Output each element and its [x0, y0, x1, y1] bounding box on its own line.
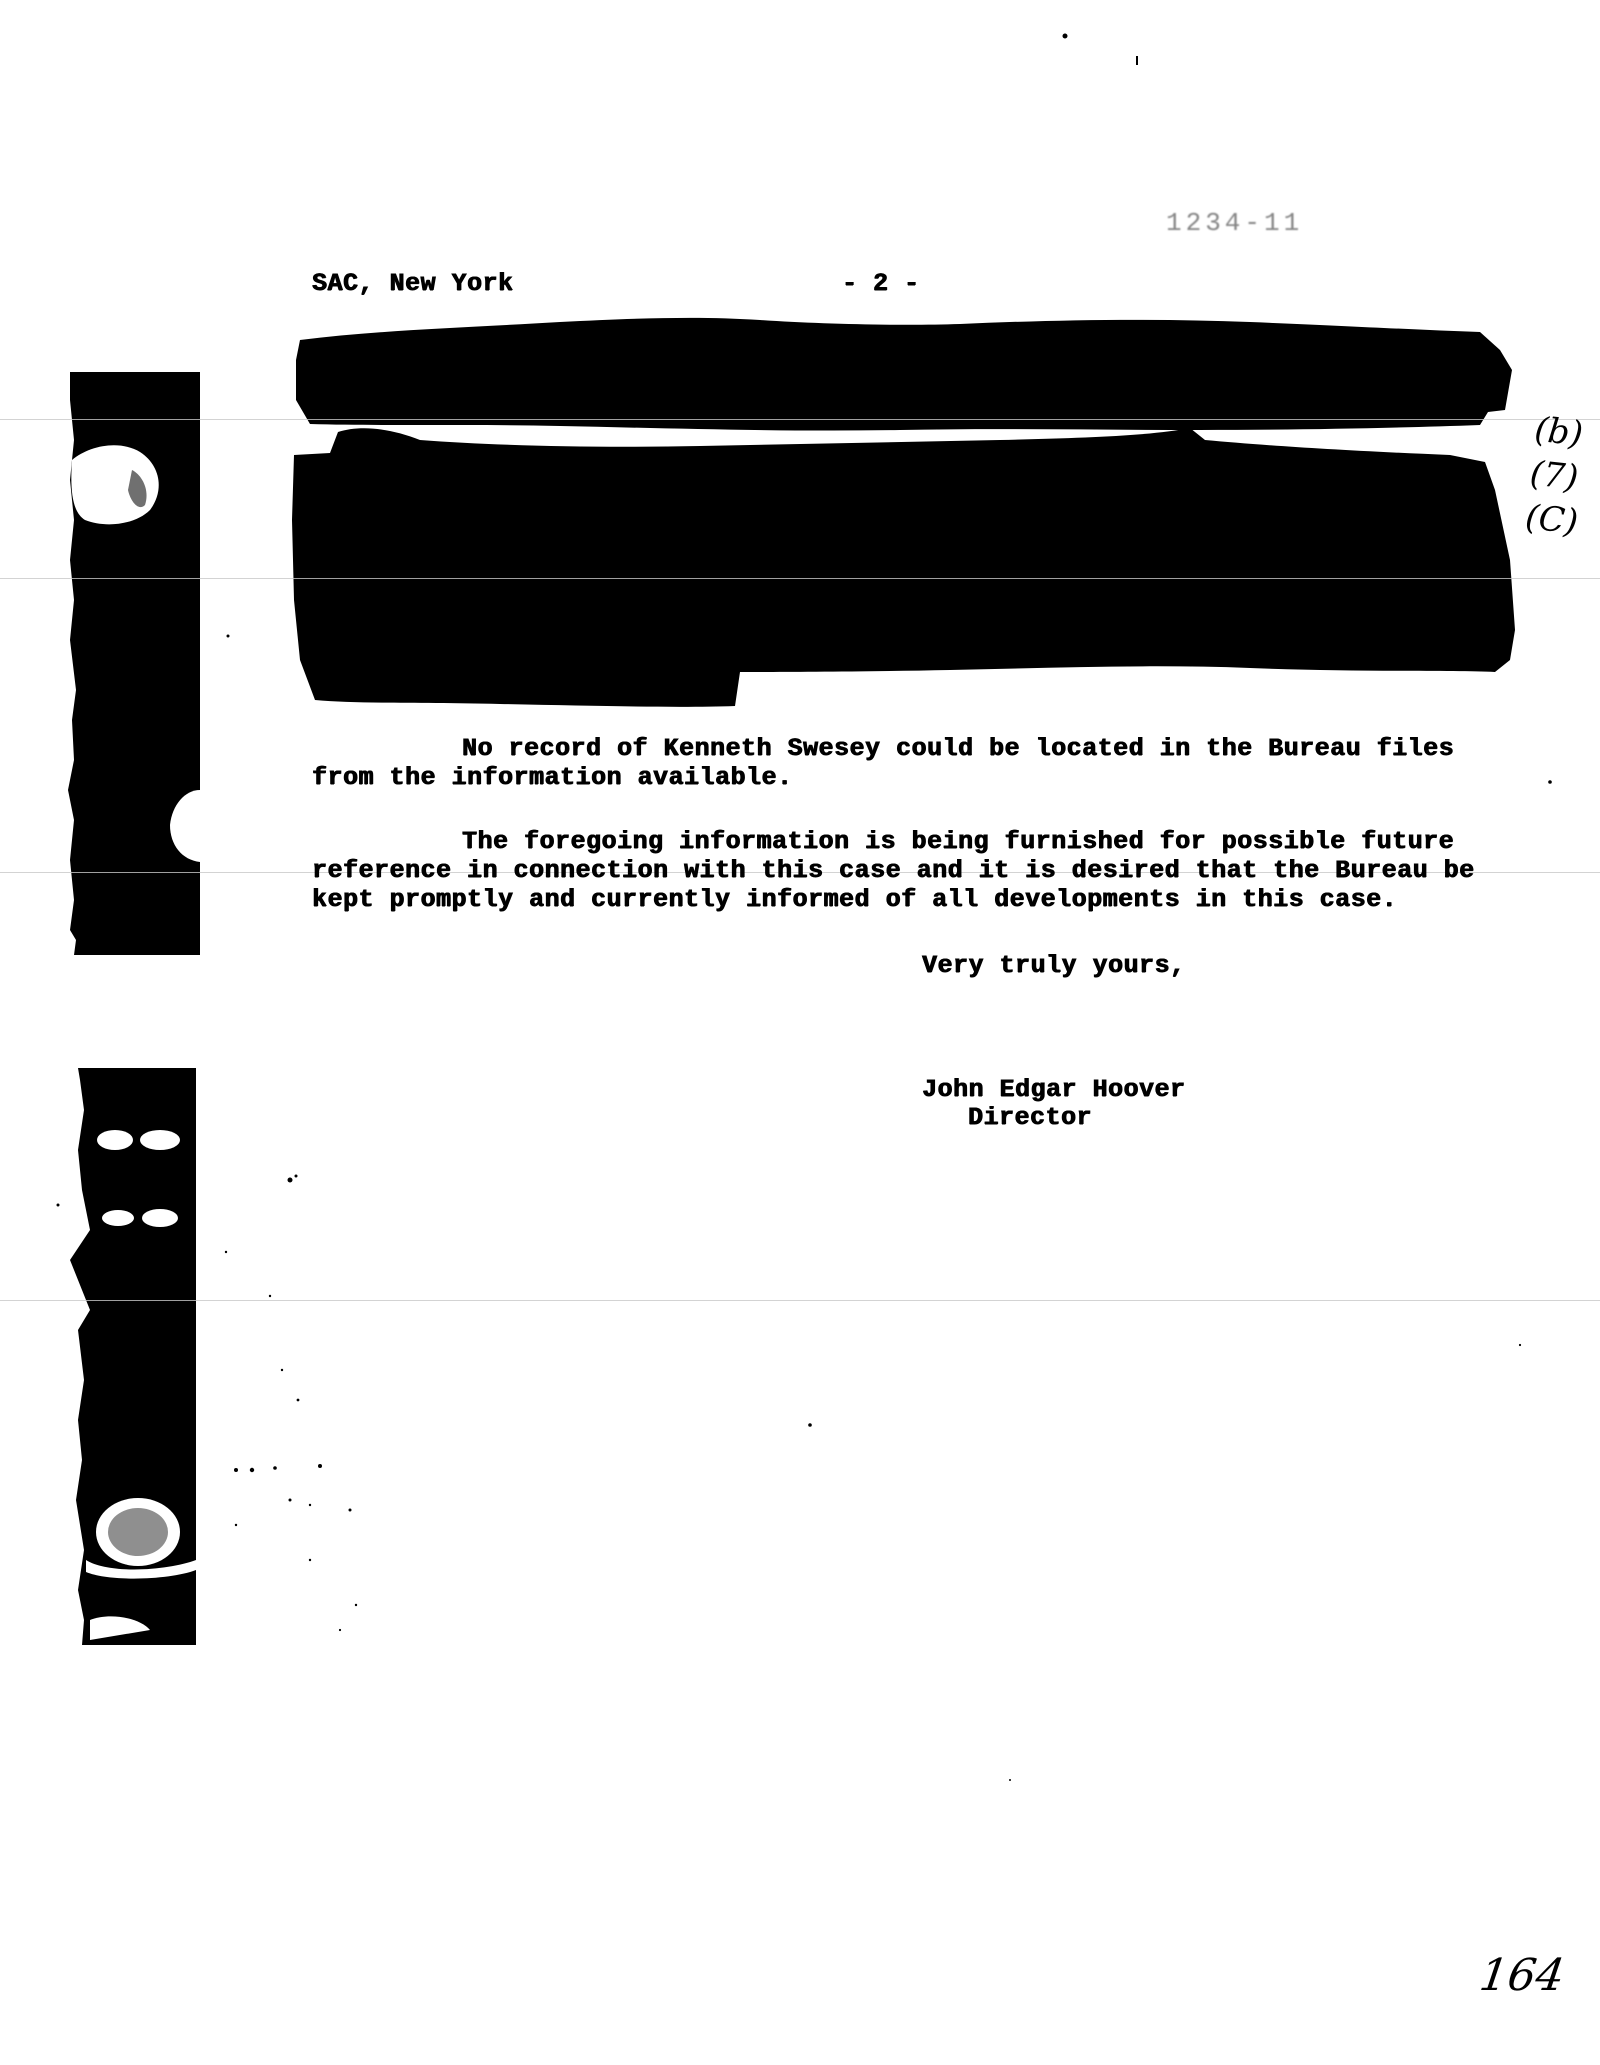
scan-noise-artifact	[0, 0, 1600, 2065]
document-page: SAC, New York - 2 - 1234-11 (b) (7) (C) …	[0, 0, 1600, 2065]
